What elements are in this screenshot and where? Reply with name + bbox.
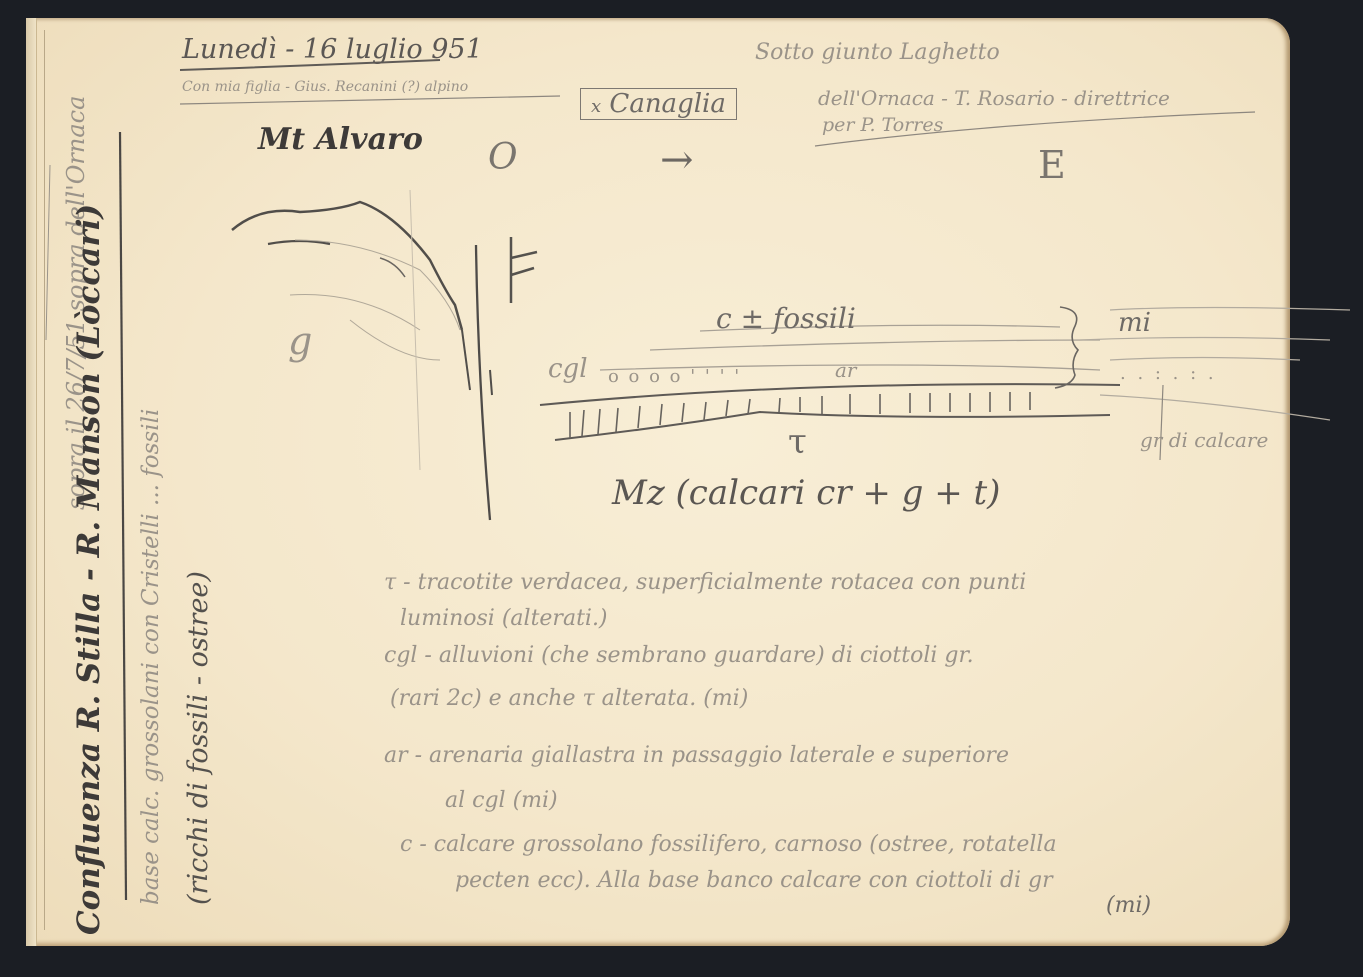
- legend-line: pecten ecc). Alla base banco calcare con…: [455, 870, 1053, 892]
- location-box: x Canaglia: [580, 88, 737, 120]
- c-fossili-label: c ± fossili: [716, 305, 856, 333]
- brace-mi-label: mi: [1118, 310, 1151, 336]
- page-edge: [26, 18, 37, 946]
- mountain-label: Mt Alvaro: [258, 125, 423, 155]
- entry-subtitle: Con mia figlia - Gius. Recanini (?) alpi…: [182, 80, 468, 94]
- legend-line: τ - tracotite verdacea, superficialmente…: [384, 572, 1026, 594]
- location-box-label: Canaglia: [609, 89, 725, 119]
- west-label: O: [488, 140, 518, 176]
- legend-line: (mi): [1106, 895, 1151, 917]
- g-label: g: [288, 322, 312, 360]
- route-line-1: Sotto giunto Laghetto: [755, 42, 1000, 64]
- cgl-label: cgl: [548, 356, 588, 382]
- mz-label: Mz (calcari cr + g + t): [612, 476, 1000, 510]
- legend-line: c - calcare grossolano fossilifero, carn…: [400, 834, 1057, 856]
- margin-heading: Confluenza R. Stilla - R. Manson (Lòccar…: [74, 204, 105, 935]
- location-box-mark: x: [591, 96, 601, 117]
- route-line-3: per P. Torres: [822, 116, 943, 135]
- legend-line: al cgl (mi): [445, 790, 558, 812]
- dots-right: . . : . : .: [1120, 365, 1217, 383]
- east-label: E: [1038, 146, 1066, 184]
- ar-label: ar: [835, 360, 856, 380]
- tau-label: τ: [788, 425, 807, 459]
- direction-arrow-icon: →: [660, 140, 694, 180]
- legend-line: cgl - alluvioni (che sembrano guardare) …: [384, 645, 974, 667]
- legend-line: luminosi (alterati.): [400, 608, 608, 630]
- margin-note-2: (ricchi di fossili - ostree): [185, 571, 212, 905]
- cgl-dots: o o o o ' ' ' ': [608, 368, 741, 386]
- gr-calcare-label: gr di calcare: [1140, 430, 1268, 450]
- route-line-2: dell'Ornaca - T. Rosario - direttrice: [818, 88, 1170, 108]
- margin-rule: [44, 30, 45, 930]
- legend-line: (rari 2c) e anche τ alterata. (mi): [390, 688, 748, 710]
- margin-note-1: base calc. grossolani con Cristelli ... …: [140, 409, 163, 905]
- entry-date: Lunedì - 16 luglio 951: [182, 36, 483, 63]
- legend-line: ar - arenaria giallastra in passaggio la…: [384, 745, 1009, 767]
